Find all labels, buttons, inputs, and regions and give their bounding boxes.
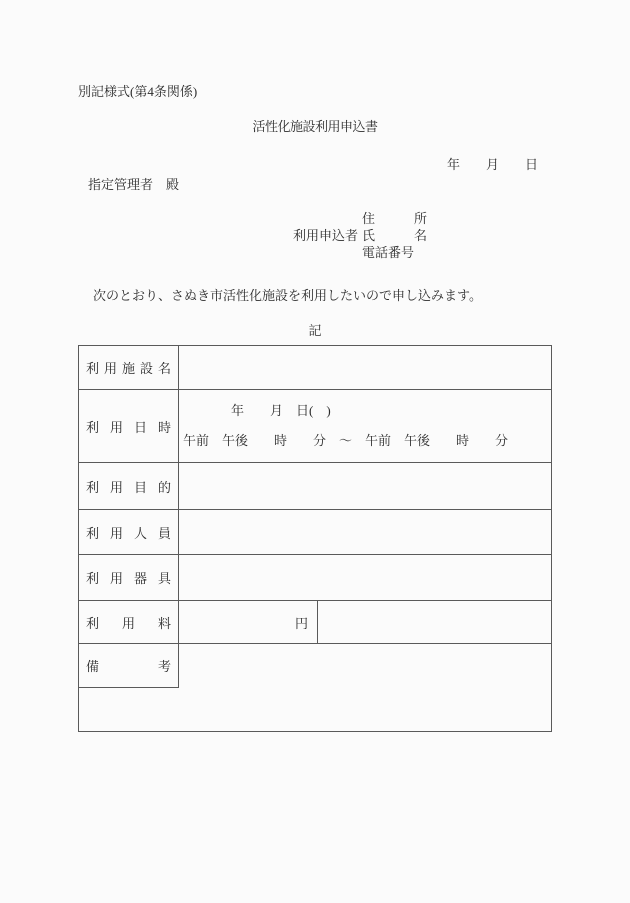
usage-datetime-label: 利 用 日 時 [79, 417, 178, 436]
form-reference-note: 別記様式(第4条関係) [78, 81, 197, 100]
remarks-label: 備 考 [79, 656, 178, 675]
usage-purpose-field [179, 463, 551, 509]
row-usage-people: 利 用 人 員 [79, 510, 551, 555]
application-table: 利 用 施 設 名 利 用 日 時 年 月 日( ) 午前 午後 時 分 ～ 午… [78, 345, 552, 732]
usage-equipment-field [179, 555, 551, 600]
usage-date-line: 年 月 日( ) [179, 403, 551, 419]
usage-datetime-label-cell: 利 用 日 時 [79, 390, 179, 462]
usage-datetime-field: 年 月 日( ) 午前 午後 時 分 ～ 午前 午後 時 分 [179, 390, 551, 462]
applicant-label-spacer [293, 210, 362, 227]
row-usage-equipment: 利 用 器 具 [79, 555, 551, 601]
row-usage-fee: 利 用 料 円 [79, 601, 551, 644]
date-line: 年 月 日 [447, 154, 538, 173]
applicant-block: 住 所 利用申込者 氏 名 電話番号 [293, 210, 427, 261]
applicant-label: 利用申込者 [293, 227, 362, 244]
usage-people-label: 利 用 人 員 [79, 523, 178, 542]
usage-purpose-label-cell: 利 用 目 的 [79, 463, 179, 509]
usage-fee-extra-cell [318, 601, 551, 643]
usage-equipment-label: 利 用 器 具 [79, 568, 178, 587]
usage-fee-label: 利 用 料 [79, 613, 178, 632]
ki-heading: 記 [78, 320, 552, 339]
applicant-label-spacer [293, 244, 362, 261]
facility-name-field [179, 346, 551, 389]
remarks-open-area [79, 688, 551, 731]
usage-people-label-cell: 利 用 人 員 [79, 510, 179, 554]
usage-purpose-label: 利 用 目 的 [79, 477, 178, 496]
phone-label: 電話番号 [362, 244, 414, 261]
usage-time-line: 午前 午後 時 分 ～ 午前 午後 時 分 [179, 433, 551, 449]
usage-fee-amount-cell: 円 [179, 601, 318, 643]
usage-people-field [179, 510, 551, 554]
facility-name-label-cell: 利 用 施 設 名 [79, 346, 179, 389]
applicant-phone-row: 電話番号 [293, 244, 427, 261]
name-label: 氏 名 [362, 227, 427, 244]
addressee-line: 指定管理者 殿 [88, 174, 179, 193]
row-usage-datetime: 利 用 日 時 年 月 日( ) 午前 午後 時 分 ～ 午前 午後 時 分 [79, 390, 551, 463]
yen-unit-label: 円 [295, 613, 308, 632]
row-usage-purpose: 利 用 目 的 [79, 463, 551, 510]
remarks-label-cell: 備 考 [79, 644, 179, 688]
intro-sentence: 次のとおり、さぬき市活性化施設を利用したいので申し込みます。 [93, 285, 482, 304]
applicant-name-row: 利用申込者 氏 名 [293, 227, 427, 244]
application-form-page: 別記様式(第4条関係) 活性化施設利用申込書 年 月 日 指定管理者 殿 住 所… [0, 0, 630, 903]
remarks-field [179, 644, 551, 688]
form-title: 活性化施設利用申込書 [0, 116, 630, 135]
address-label: 住 所 [362, 210, 427, 227]
usage-equipment-label-cell: 利 用 器 具 [79, 555, 179, 600]
usage-fee-label-cell: 利 用 料 [79, 601, 179, 643]
row-remarks: 備 考 [79, 644, 551, 688]
facility-name-label: 利 用 施 設 名 [79, 358, 178, 377]
applicant-address-row: 住 所 [293, 210, 427, 227]
row-facility-name: 利 用 施 設 名 [79, 346, 551, 390]
